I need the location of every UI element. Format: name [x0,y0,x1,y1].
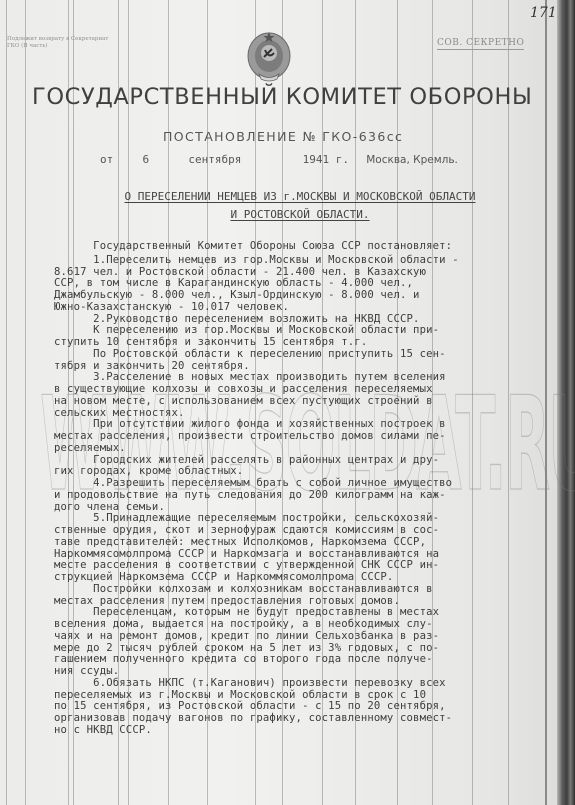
body-line: гашением полученного кредита со второго … [54,654,534,666]
decree-number: ПОСТАНОВЛЕНИЕ № ГКО-636сс [163,129,403,144]
date-place: Москва, Кремль. [366,154,458,166]
return-note: Подлежит возврату в Секретариат ГКО (II … [7,36,108,50]
return-note-line: ГКО (II часть) [7,43,48,49]
date-day: 6 [143,153,150,166]
body-line: в существующие колхозы и совхозы и рассе… [54,384,534,396]
decree-body: Государственный Комитет Обороны Союза СС… [54,241,534,737]
ussr-coat-of-arms-icon [245,29,293,85]
body-line: Джамбульскую - 8.000 чел., Кзыл-Ординску… [54,290,534,302]
body-line: 4.Разрешить переселяемым брать с собой л… [54,478,534,490]
body-line: местах расселения, произвести строительс… [54,431,534,443]
date-line: от 6 сентября 1941 г. Москва, Кремль. [100,153,458,166]
subject-line: И РОСТОВСКОЙ ОБЛАСТИ. [230,208,369,221]
body-line: 1.Переселить немцев из гор.Москвы и Моск… [54,255,534,267]
body-line: 6.Обязать НКПС (т.Каганович) произвести … [54,678,534,690]
body-line: но с НКВД СССР. [54,725,534,737]
body-line: таве представителей: местных Исполкомов,… [54,537,534,549]
body-line: ственные орудия, скот и зернофураж сдают… [54,525,534,537]
body-line: на новом месте, с использованием всех пу… [54,396,534,408]
body-line: Южно-Казахстанскую - 10.017 человек. [54,302,534,314]
scan-streak [6,0,7,805]
body-line: По Ростовской области к переселению прис… [54,349,534,361]
body-line: вселения дома, выдается на постройку, а … [54,619,534,631]
body-line: Постройки колхозам и колхозникам восстан… [54,584,534,596]
date-month: сентября [188,153,241,166]
body-line: и продовольствие на путь следования до 2… [54,490,534,502]
body-line: чаях и на ремонт домов, кредит по линии … [54,631,534,643]
date-prefix: от [100,153,113,166]
date-year: 1941 г. [303,153,349,166]
subject-heading: О ПЕРЕСЕЛЕНИИ НЕМЦЕВ ИЗ г.МОСКВЫ И МОСКО… [55,188,545,224]
scanned-document-page: Подлежит возврату в Секретариат ГКО (II … [0,0,575,805]
body-line: Государственный Комитет Обороны Союза СС… [54,241,534,253]
committee-heading: ГОСУДАРСТВЕННЫЙ КОМИТЕТ ОБОРОНЫ [32,84,552,110]
return-note-line: Подлежит возврату в Секретариат [7,36,108,42]
classification-stamp: СОВ. СЕКРЕТНО [437,38,524,50]
sheet-number: 171 [530,5,557,21]
body-line: реселяемых. [54,443,534,455]
page-fold-line [545,0,547,805]
body-line: ступить 10 сентября и закончить 15 сентя… [54,337,534,349]
body-line: организовав подачу вагонов по графику, с… [54,713,534,725]
scan-streak [25,0,26,805]
subject-line: О ПЕРЕСЕЛЕНИИ НЕМЦЕВ ИЗ г.МОСКВЫ И МОСКО… [125,190,476,203]
body-line: струкцией Наркомзема СССР и Наркоммясомо… [54,572,534,584]
binding-edge [557,0,575,805]
body-line: ния ссуды. [54,666,534,678]
